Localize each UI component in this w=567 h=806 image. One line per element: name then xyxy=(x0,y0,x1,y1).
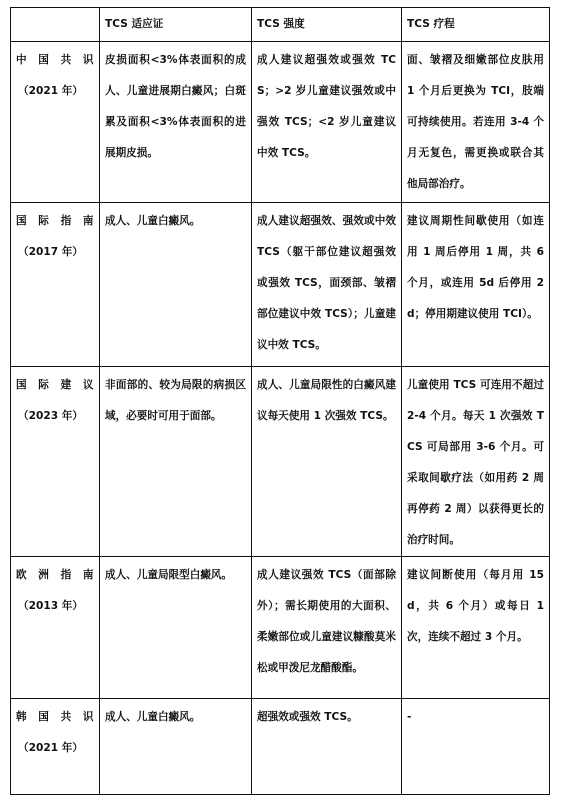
table-row: 韩 国 共 识 （2021 年） 成人、儿童白癜风。 超强效或强效 TCS。 - xyxy=(11,699,550,795)
source-year: （2021 年） xyxy=(16,733,94,764)
header-cell-course: TCS 疗程 xyxy=(402,8,550,42)
potency-cell: 超强效或强效 TCS。 xyxy=(252,699,402,795)
source-year: （2013 年） xyxy=(16,591,94,622)
source-name: 中 国 共 识 xyxy=(16,45,94,76)
indication-cell: 成人、儿童白癜风。 xyxy=(100,203,252,367)
potency-cell: 成人建议强效 TCS（面部除外）；需长期使用的大面积、柔嫩部位或儿童建议糠酸莫米… xyxy=(252,557,402,699)
table-row: 中 国 共 识 （2021 年） 皮损面积<3%体表面积的成人、儿童进展期白癜风… xyxy=(11,42,550,203)
indication-cell: 皮损面积<3%体表面积的成人、儿童进展期白癜风；白斑累及面积<3%体表面积的进展… xyxy=(100,42,252,203)
source-cell: 国 际 指 南 （2017 年） xyxy=(11,203,100,367)
source-year: （2023 年） xyxy=(16,401,94,432)
tcs-comparison-table: TCS 适应证 TCS 强度 TCS 疗程 中 国 共 识 （2021 年） 皮… xyxy=(10,7,550,795)
potency-cell: 成人建议超强效或强效 TCS；>2 岁儿童建议强效或中强效 TCS；<2 岁儿童… xyxy=(252,42,402,203)
course-cell: 建议间断使用（每月用 15d，共 6 个月）或每日 1 次，连续不超过 3 个月… xyxy=(402,557,550,699)
potency-cell: 成人、儿童局限性的白癜风建议每天使用 1 次强效 TCS。 xyxy=(252,367,402,557)
source-name: 国 际 指 南 xyxy=(16,206,94,237)
source-cell: 韩 国 共 识 （2021 年） xyxy=(11,699,100,795)
indication-cell: 非面部的、较为局限的病损区域，必要时可用于面部。 xyxy=(100,367,252,557)
course-cell: 面、皱褶及细嫩部位皮肤用 1 个月后更换为 TCI，肢端可持续使用。若连用 3-… xyxy=(402,42,550,203)
header-cell-potency: TCS 强度 xyxy=(252,8,402,42)
potency-cell: 成人建议超强效、强效或中效 TCS（躯干部位建议超强效或强效 TCS，面颈部、皱… xyxy=(252,203,402,367)
course-cell: 儿童使用 TCS 可连用不超过 2-4 个月。每天 1 次强效 TCS 可局部用… xyxy=(402,367,550,557)
indication-cell: 成人、儿童白癜风。 xyxy=(100,699,252,795)
table-row: 国 际 建 议 （2023 年） 非面部的、较为局限的病损区域，必要时可用于面部… xyxy=(11,367,550,557)
header-cell-indication: TCS 适应证 xyxy=(100,8,252,42)
table-header-row: TCS 适应证 TCS 强度 TCS 疗程 xyxy=(11,8,550,42)
indication-cell: 成人、儿童局限型白癜风。 xyxy=(100,557,252,699)
table-row: 国 际 指 南 （2017 年） 成人、儿童白癜风。 成人建议超强效、强效或中效… xyxy=(11,203,550,367)
source-name: 欧 洲 指 南 xyxy=(16,560,94,591)
source-year: （2017 年） xyxy=(16,237,94,268)
table-row: 欧 洲 指 南 （2013 年） 成人、儿童局限型白癜风。 成人建议强效 TCS… xyxy=(11,557,550,699)
course-cell: - xyxy=(402,699,550,795)
source-cell: 欧 洲 指 南 （2013 年） xyxy=(11,557,100,699)
source-year: （2021 年） xyxy=(16,76,94,107)
source-name: 国 际 建 议 xyxy=(16,370,94,401)
header-cell-source xyxy=(11,8,100,42)
source-name: 韩 国 共 识 xyxy=(16,702,94,733)
source-cell: 国 际 建 议 （2023 年） xyxy=(11,367,100,557)
source-cell: 中 国 共 识 （2021 年） xyxy=(11,42,100,203)
course-cell: 建议周期性间歇使用（如连用 1 周后停用 1 周，共 6 个月，或连用 5d 后… xyxy=(402,203,550,367)
